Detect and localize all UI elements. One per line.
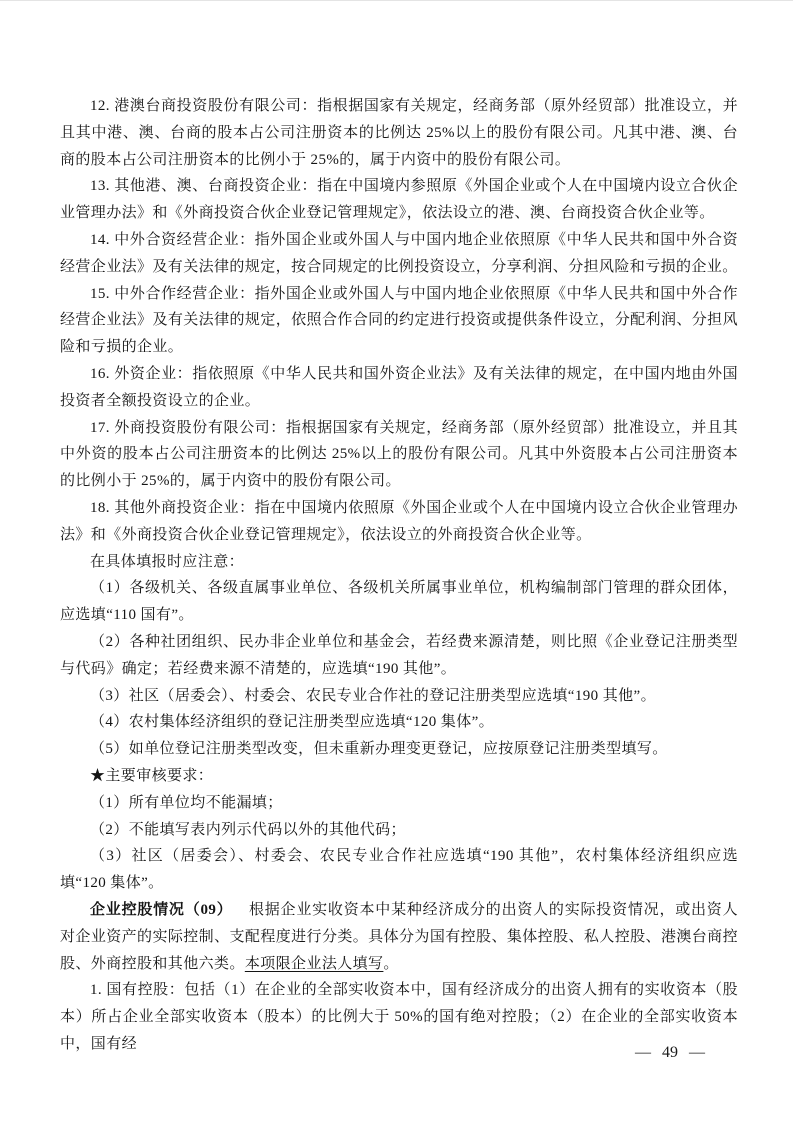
filling-note-item-5: （5）如单位登记注册类型改变，但未重新办理变更登记，应按原登记注册类型填写。: [60, 736, 738, 763]
filling-notes-intro: 在具体填报时应注意：: [60, 549, 738, 576]
definition-15-sino-foreign-cooperative-venture: 15. 中外合作经营企业：指外国企业或外国人与中国内地企业依照原《中华人民共和国…: [60, 281, 738, 361]
page-footer: —49—: [635, 1043, 705, 1063]
footer-right-dash: —: [689, 1044, 705, 1061]
footer-left-dash: —: [635, 1044, 651, 1061]
filling-note-item-3: （3）社区（居委会）、村委会、农民专业合作社的登记注册类型应选填“190 其他”…: [60, 683, 738, 710]
review-requirement-item-2: （2）不能填写表内列示代码以外的其他代码；: [60, 817, 738, 844]
definition-18-other-foreign-invested-enterprises: 18. 其他外商投资企业：指在中国境内依照原《外国企业或个人在中国境内设立合伙企…: [60, 495, 738, 549]
review-requirements-heading: ★主要审核要求：: [60, 763, 738, 790]
filling-note-item-2: （2）各种社团组织、民办非企业单位和基金会，若经费来源清楚，则比照《企业登记注册…: [60, 629, 738, 683]
holding-status-title: 企业控股情况（09）: [90, 902, 232, 918]
filling-note-item-4: （4）农村集体经济组织的登记注册类型应选填“120 集体”。: [60, 709, 738, 736]
definition-14-sino-foreign-equity-joint-venture: 14. 中外合资经营企业：指外国企业或外国人与中国内地企业依照原《中华人民共和国…: [60, 227, 738, 281]
holding-status-underlined-note: 本项限企业法人填写: [245, 956, 384, 972]
holding-status-section: 企业控股情况（09）根据企业实收资本中某种经济成分的出资人的实际投资情况，或出资…: [60, 897, 738, 977]
page-number: 49: [662, 1044, 678, 1061]
definition-13-other-hk-macao-taiwan-enterprises: 13. 其他港、澳、台商投资企业：指在中国境内参照原《外国企业或个人在中国境内设…: [60, 173, 738, 227]
filling-note-item-1: （1）各级机关、各级直属事业单位、各级机关所属事业单位，机构编制部门管理的群众团…: [60, 575, 738, 629]
holding-status-period: 。: [383, 956, 398, 972]
page-body-text: 12. 港澳台商投资股份有限公司：指根据国家有关规定，经商务部（原外经贸部）批准…: [60, 93, 738, 1058]
review-requirement-item-3: （3）社区（居委会）、村委会、农民专业合作社应选填“190 其他”，农村集体经济…: [60, 843, 738, 897]
review-requirement-item-1: （1）所有单位均不能漏填；: [60, 790, 738, 817]
definition-17-foreign-invested-joint-stock: 17. 外商投资股份有限公司：指根据国家有关规定，经商务部（原外经贸部）批准设立…: [60, 415, 738, 495]
definition-16-foreign-funded-enterprise: 16. 外资企业：指依照原《中华人民共和国外资企业法》及有关法律的规定，在中国内…: [60, 361, 738, 415]
definition-12-hk-macao-taiwan-joint-stock: 12. 港澳台商投资股份有限公司：指根据国家有关规定，经商务部（原外经贸部）批准…: [60, 93, 738, 173]
document-page: 12. 港澳台商投资股份有限公司：指根据国家有关规定，经商务部（原外经贸部）批准…: [0, 0, 793, 1122]
